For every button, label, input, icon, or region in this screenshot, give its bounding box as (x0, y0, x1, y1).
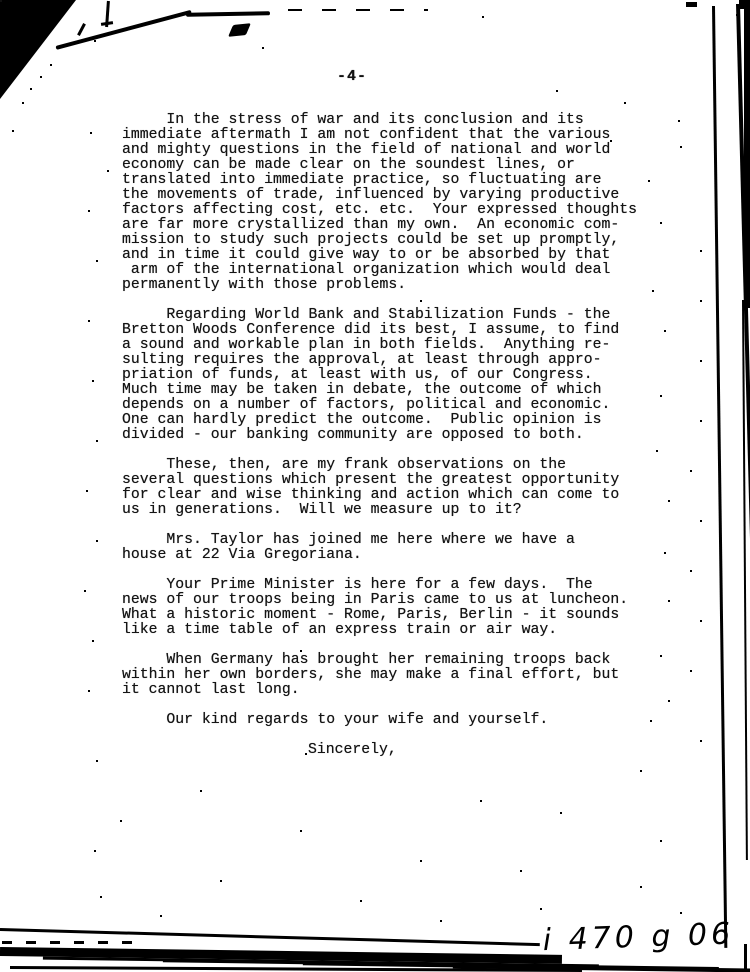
page-number: -4- (337, 68, 367, 85)
scan-corner-fold-artifact (0, 0, 76, 99)
scan-edge-mark (686, 2, 697, 7)
scan-crease-line (186, 11, 270, 16)
letter-body: In the stress of war and its conclusion … (122, 113, 682, 758)
scan-edge-line (712, 6, 727, 948)
scan-edge-line (744, 944, 747, 972)
paragraph-prime-minister: Your Prime Minister is here for a few da… (122, 578, 682, 638)
scan-bottom-band (0, 947, 562, 964)
scan-bottom-dashes (2, 941, 142, 944)
paragraph-mrs-taylor: Mrs. Taylor has joined me here where we … (122, 533, 682, 563)
scan-noise-speckles (0, 0, 2, 2)
scan-bottom-line (10, 966, 582, 972)
scan-crease-line (55, 10, 191, 50)
scanned-letter-page: -4- In the stress of war and its conclus… (0, 0, 750, 972)
ink-blob-artifact (228, 23, 251, 37)
paragraph-world-bank: Regarding World Bank and Stabilization F… (122, 308, 682, 443)
scan-edge-band (744, 0, 750, 308)
signature-line: Sincerely, (308, 743, 682, 758)
paragraph-kind-regards: Our kind regards to your wife and yourse… (122, 713, 682, 728)
paragraph-germany: When Germany has brought her remaining t… (122, 653, 682, 698)
handwritten-annotation: i 470 g 06 (542, 917, 724, 972)
paragraph-stress-of-war: In the stress of war and its conclusion … (122, 113, 682, 293)
paragraph-frank-observations: These, then, are my frank observations o… (122, 458, 682, 518)
scan-crease-dashes (288, 9, 428, 11)
stray-pen-mark (77, 23, 86, 36)
